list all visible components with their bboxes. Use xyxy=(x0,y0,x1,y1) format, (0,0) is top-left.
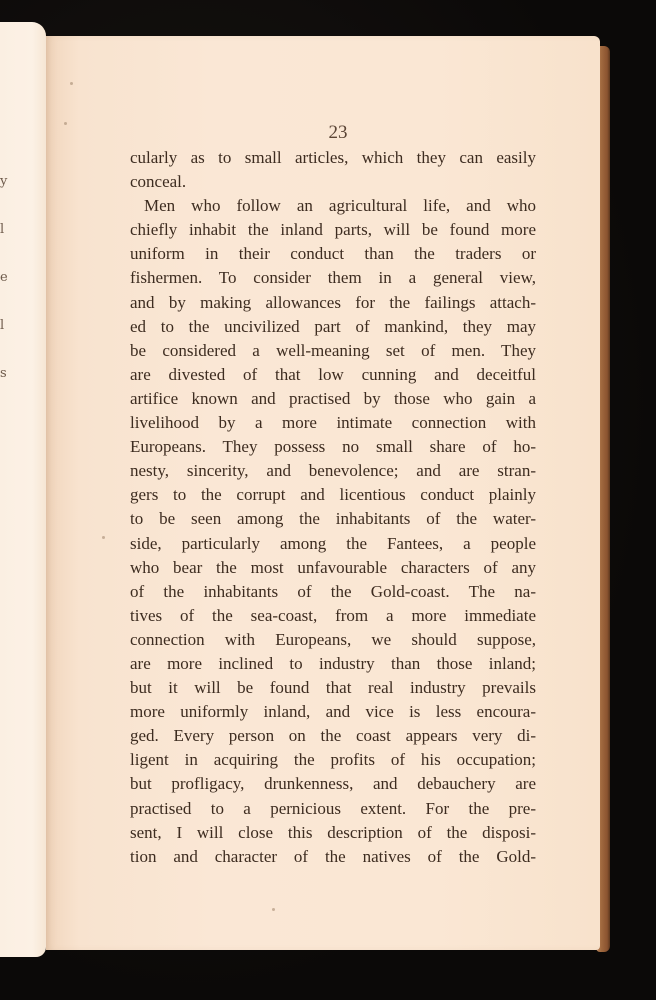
text-line: uniform in their conduct than the trader… xyxy=(130,242,536,266)
text-line: cularly as to small articles, which they… xyxy=(130,146,536,170)
text-line: artifice known and practised by those wh… xyxy=(130,387,536,411)
page-number: 23 xyxy=(46,122,600,144)
paper-speck xyxy=(102,536,105,539)
text-line: ligent in acquiring the profits of his o… xyxy=(130,748,536,772)
paper-speck xyxy=(70,82,73,85)
text-line: Europeans. They possess no small share o… xyxy=(130,435,536,459)
text-line: chiefly inhabit the inland parts, will b… xyxy=(130,218,536,242)
text-line: tives of the sea-coast, from a more imme… xyxy=(130,604,536,628)
text-line: side, particularly among the Fantees, a … xyxy=(130,532,536,556)
text-line: of the inhabitants of the Gold-coast. Th… xyxy=(130,580,536,604)
text-line: are divested of that low cunning and dec… xyxy=(130,363,536,387)
text-line: livelihood by a more intimate connection… xyxy=(130,411,536,435)
text-line: fishermen. To consider them in a general… xyxy=(130,266,536,290)
text-line: more uniformly inland, and vice is less … xyxy=(130,700,536,724)
text-line: gers to the corrupt and licentious condu… xyxy=(130,483,536,507)
text-line: nesty, sincerity, and benevolence; and a… xyxy=(130,459,536,483)
text-line: to be seen among the inhabitants of the … xyxy=(130,507,536,531)
text-line: are more inclined to industry than those… xyxy=(130,652,536,676)
text-line: ed to the uncivilized part of mankind, t… xyxy=(130,315,536,339)
text-line: and by making allowances for the failing… xyxy=(130,291,536,315)
text-line: but it will be found that real industry … xyxy=(130,676,536,700)
text-line: but profligacy, drunkenness, and debauch… xyxy=(130,772,536,796)
text-line: tion and character of the natives of the… xyxy=(130,845,536,869)
left-page-edge: y l e l s xyxy=(0,22,46,957)
fragment: y xyxy=(0,170,10,194)
fragment xyxy=(0,290,10,314)
text-line: Men who follow an agricultural life, and… xyxy=(130,194,536,218)
fragment xyxy=(0,242,10,266)
fragment xyxy=(0,194,10,218)
left-page-text-fragments: y l e l s xyxy=(0,170,10,386)
text-line: practised to a pernicious extent. For th… xyxy=(130,797,536,821)
text-line: ged. Every person on the coast appears v… xyxy=(130,724,536,748)
paper-speck xyxy=(272,908,275,911)
text-line: who bear the most unfavourable character… xyxy=(130,556,536,580)
fragment: s xyxy=(0,362,10,386)
text-line: conceal. xyxy=(130,170,536,194)
fragment: l xyxy=(0,218,10,242)
fragment: l xyxy=(0,314,10,338)
text-line: connection with Europeans, we should sup… xyxy=(130,628,536,652)
paper-speck xyxy=(64,122,67,125)
body-text: cularly as to small articles, which they… xyxy=(130,146,536,869)
text-line: be considered a well-meaning set of men.… xyxy=(130,339,536,363)
text-line: sent, I will close this description of t… xyxy=(130,821,536,845)
fragment: e xyxy=(0,266,10,290)
fragment xyxy=(0,338,10,362)
book-page: 23 cularly as to small articles, which t… xyxy=(46,36,600,950)
